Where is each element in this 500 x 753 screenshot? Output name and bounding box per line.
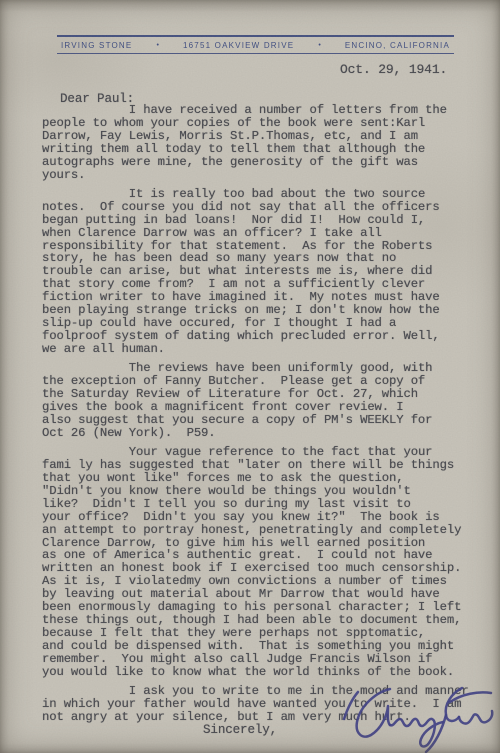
letter-body: I have received a number of letters from… (42, 104, 486, 730)
letterhead-address: 16751 OAKVIEW DRIVE (183, 41, 294, 50)
letterhead-name: IRVING STONE (61, 41, 132, 50)
paragraph-1: I have received a number of letters from… (42, 104, 486, 181)
signature-ink-strokes (338, 686, 500, 753)
paragraph-2: It is really too bad about the two sourc… (42, 188, 486, 356)
letterhead-bullet-icon: • (318, 42, 320, 49)
letterhead: IRVING STONE • 16751 OAKVIEW DRIVE • ENC… (57, 35, 454, 54)
letter-page: IRVING STONE • 16751 OAKVIEW DRIVE • ENC… (0, 0, 500, 753)
closing-salutation: Sincerely, (203, 723, 277, 737)
letterhead-bullet-icon: • (157, 42, 159, 49)
date-line: Oct. 29, 1941. (340, 62, 447, 77)
paragraph-4: Your vague reference to the fact that yo… (42, 446, 486, 678)
signature: Irving Stone (338, 686, 500, 753)
paragraph-3: The reviews have been uniformly good, wi… (42, 362, 486, 439)
letterhead-city: ENCINO, CALIFORNIA (345, 41, 450, 50)
